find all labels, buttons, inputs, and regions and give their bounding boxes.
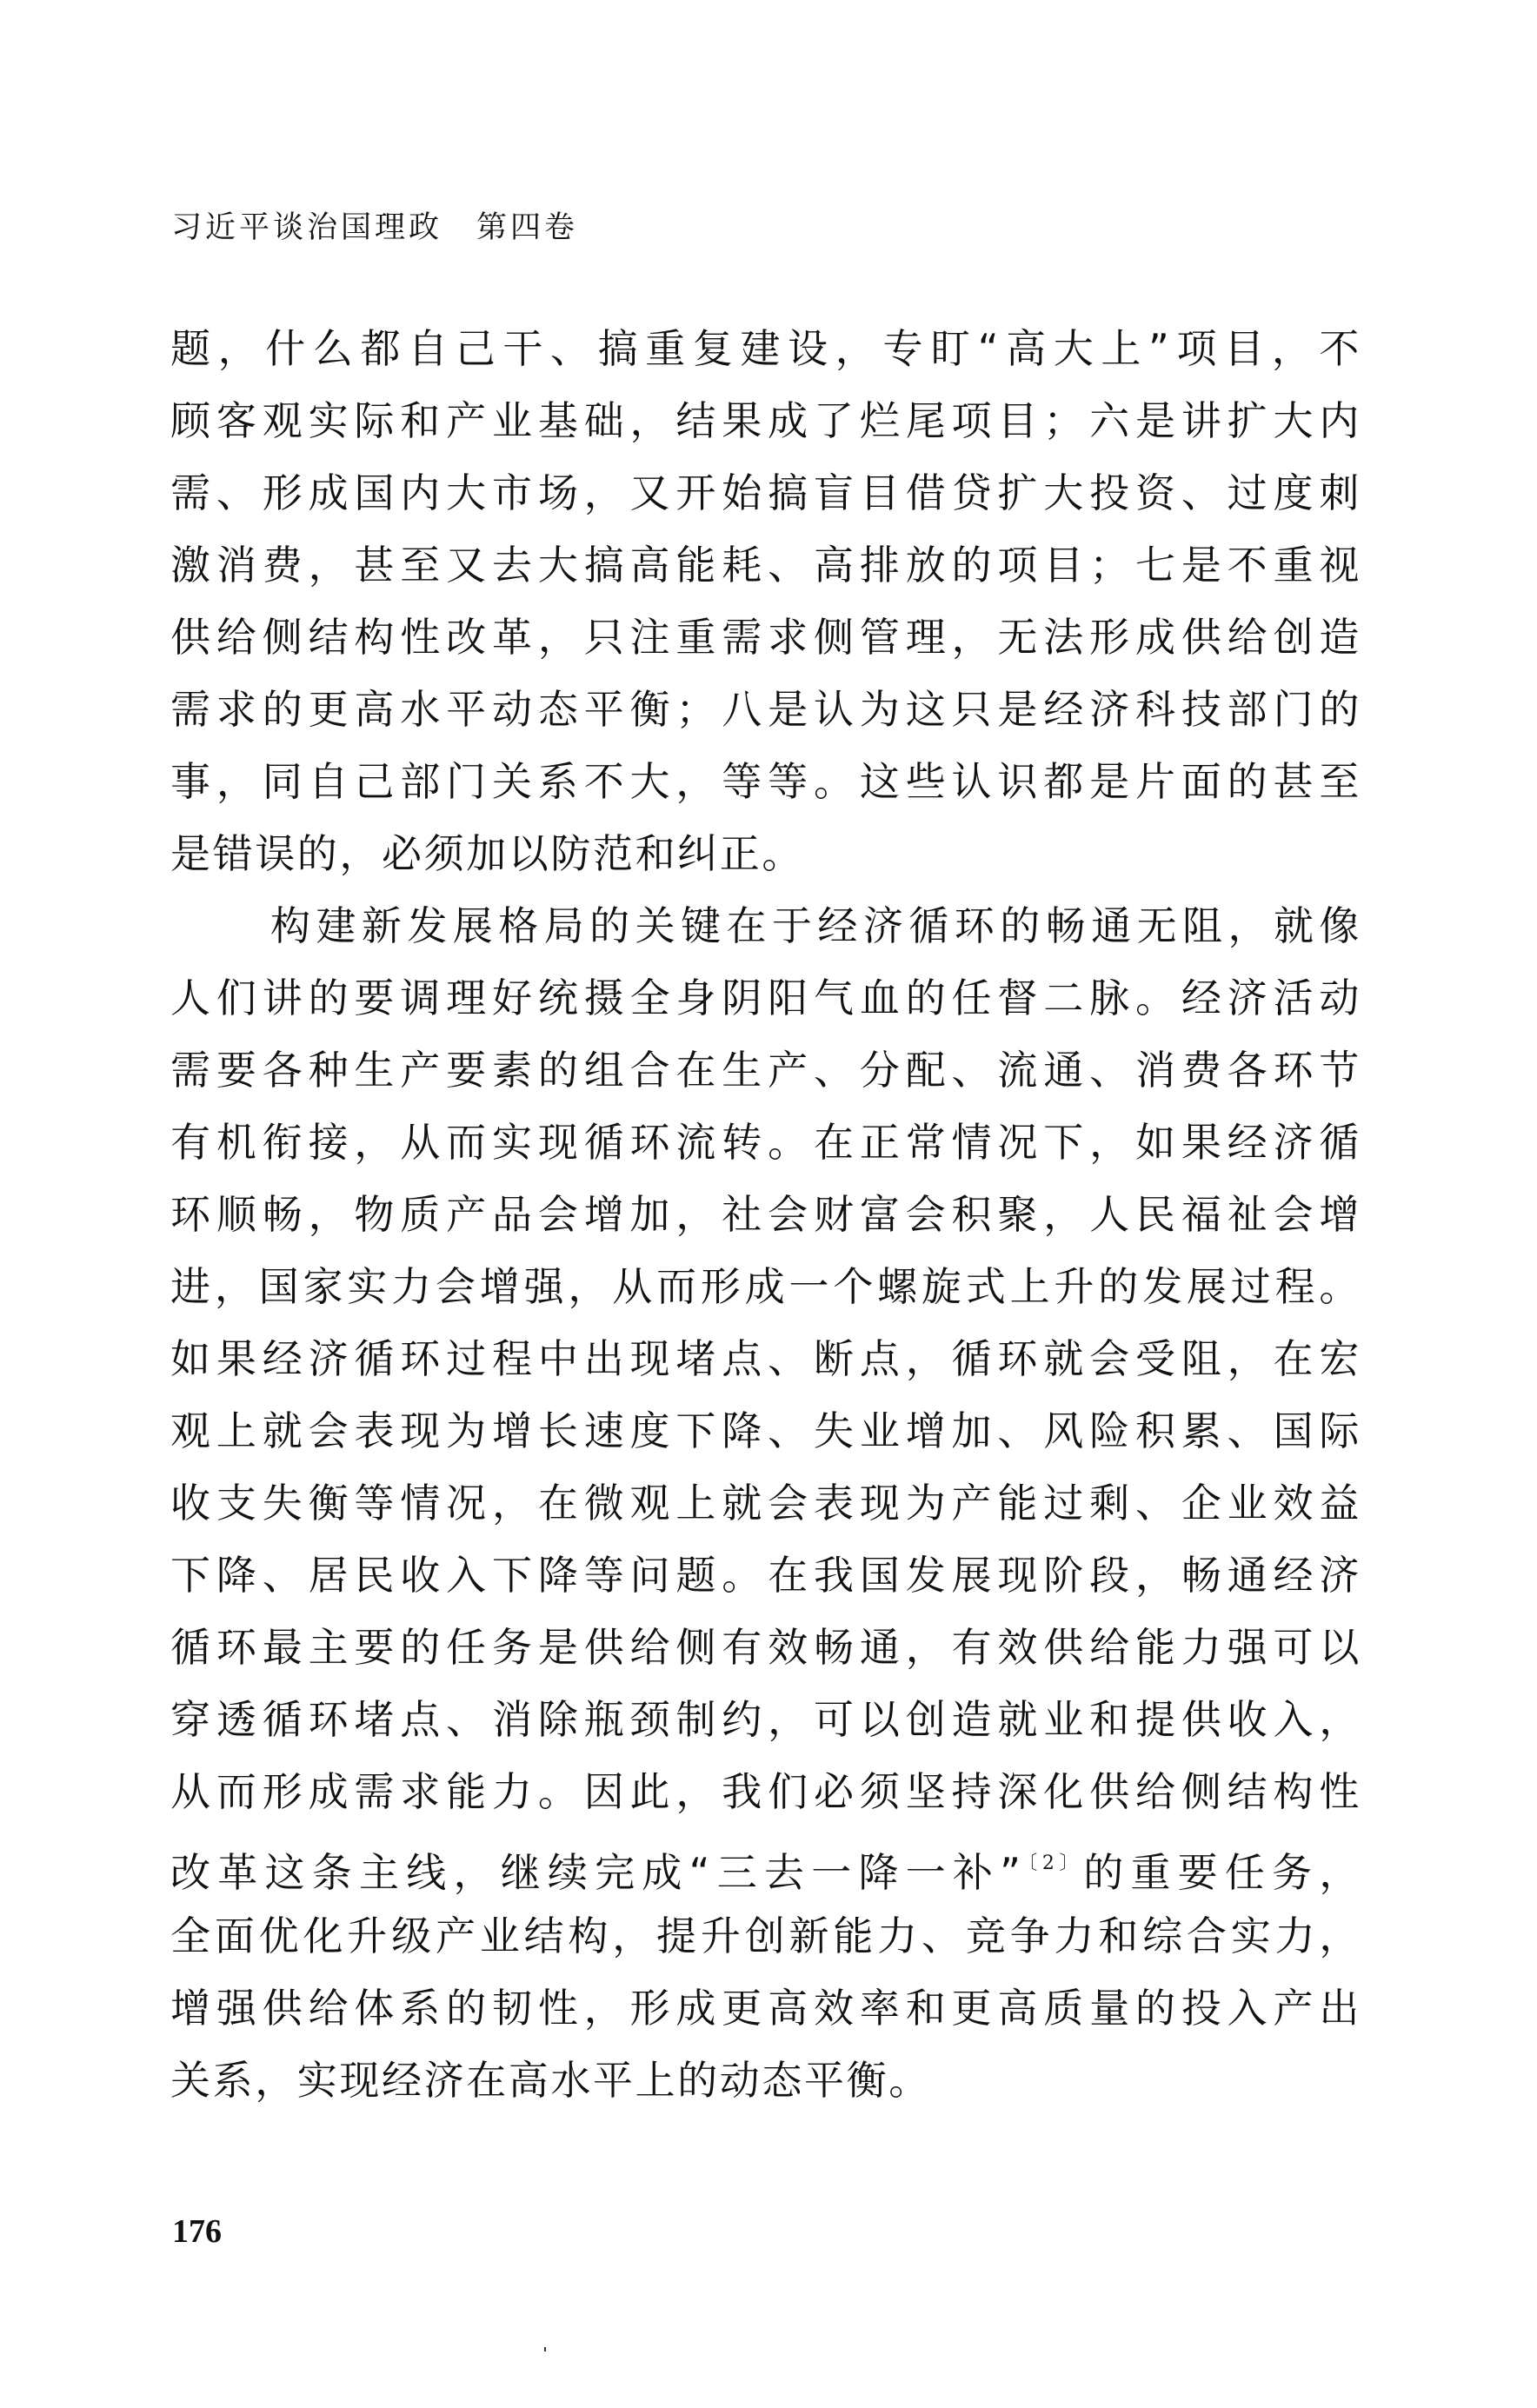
text-line: 穿透循环堵点、消除瓶颈制约，可以创造就业和提供收入， xyxy=(170,1689,1361,1761)
body-text: 题，什么都自己干、搞重复建设，专盯“高大上”项目，不 顾客观实际和产业基础，结果… xyxy=(170,318,1361,2122)
text-line: 关系，实现经济在高水平上的动态平衡。 xyxy=(170,2050,1361,2122)
text-line: 如果经济循环过程中出现堵点、断点，循环就会受阻，在宏 xyxy=(170,1328,1361,1400)
text-line: 观上就会表现为增长速度下降、失业增加、风险积累、国际 xyxy=(170,1400,1361,1473)
running-header: 习近平谈治国理政 第四卷 xyxy=(171,207,578,249)
text-line: 循环最主要的任务是供给侧有效畅通，有效供给能力强可以 xyxy=(170,1617,1361,1689)
text-line: 供给侧结构性改革，只注重需求侧管理，无法形成供给创造 xyxy=(170,607,1361,679)
text-line: 需要各种生产要素的组合在生产、分配、流通、消费各环节 xyxy=(170,1040,1361,1112)
text-line: 从而形成需求能力。因此，我们必须坚持深化供给侧结构性 xyxy=(170,1761,1361,1833)
text-line: 有机衔接，从而实现循环流转。在正常情况下，如果经济循 xyxy=(170,1112,1361,1184)
text-line: 需求的更高水平动态平衡；八是认为这只是经济科技部门的 xyxy=(170,679,1361,751)
text-line: 构建新发展格局的关键在于经济循环的畅通无阻，就像 xyxy=(170,895,1361,968)
paragraph-economic-circulation: 构建新发展格局的关键在于经济循环的畅通无阻，就像 人们讲的要调理好统摄全身阴阳气… xyxy=(170,895,1361,2122)
text-line: 题，什么都自己干、搞重复建设，专盯“高大上”项目，不 xyxy=(170,318,1361,390)
footnote-marker[interactable]: 〔2〕 xyxy=(1023,1853,1084,1874)
text-line-with-footnote: 改革这条主线，继续完成“三去一降一补”〔2〕的重要任务， xyxy=(170,1833,1361,1906)
page-number: 176 xyxy=(172,2212,222,2251)
text-segment: 改革这条主线，继续完成“三去一降一补” xyxy=(170,1849,1023,1896)
text-line: 事，同自己部门关系不大，等等。这些认识都是片面的甚至 xyxy=(170,751,1361,823)
text-segment: 的重要任务， xyxy=(1083,1849,1361,1896)
text-line: 收支失衡等情况，在微观上就会表现为产能过剩、企业效益 xyxy=(170,1473,1361,1545)
text-line: 进，国家实力会增强，从而形成一个螺旋式上升的发展过程。 xyxy=(170,1256,1361,1328)
scan-artifact xyxy=(544,2347,546,2351)
text-line: 激消费，甚至又去大搞高能耗、高排放的项目；七是不重视 xyxy=(170,535,1361,607)
text-line: 增强供给体系的韧性，形成更高效率和更高质量的投入产出 xyxy=(170,1978,1361,2050)
text-line: 环顺畅，物质产品会增加，社会财富会积聚，人民福祉会增 xyxy=(170,1184,1361,1256)
text-line: 是错误的，必须加以防范和纠正。 xyxy=(170,823,1361,895)
text-line: 顾客观实际和产业基础，结果成了烂尾项目；六是讲扩大内 xyxy=(170,390,1361,462)
paragraph-continued: 题，什么都自己干、搞重复建设，专盯“高大上”项目，不 顾客观实际和产业基础，结果… xyxy=(170,318,1361,895)
text-line: 下降、居民收入下降等问题。在我国发展现阶段，畅通经济 xyxy=(170,1545,1361,1617)
text-line: 全面优化升级产业结构，提升创新能力、竞争力和综合实力， xyxy=(170,1906,1361,1978)
text-line: 需、形成国内大市场，又开始搞盲目借贷扩大投资、过度刺 xyxy=(170,462,1361,535)
text-line: 人们讲的要调理好统摄全身阴阳气血的任督二脉。经济活动 xyxy=(170,968,1361,1040)
